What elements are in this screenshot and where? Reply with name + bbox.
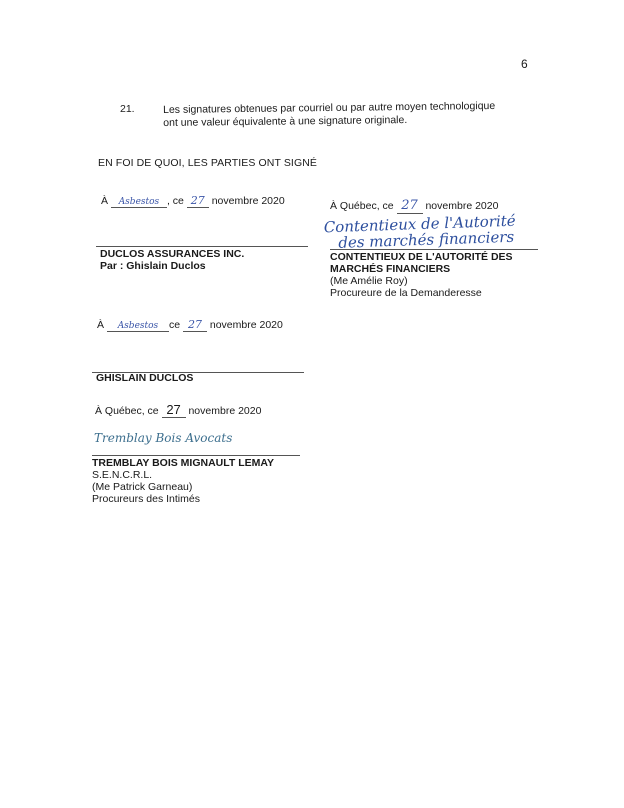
signature-4-handwriting: Tremblay Bois Avocats <box>94 431 232 445</box>
page-number: 6 <box>521 57 528 71</box>
signature-2-line <box>330 249 538 250</box>
signature-1-day: 27 <box>187 194 209 208</box>
signature-4-line <box>92 455 300 456</box>
signature-2-day: 27 <box>397 198 423 214</box>
clause-text: Les signatures obtenues par courriel ou … <box>163 100 503 130</box>
signature-1-place-date: À Asbestos, ce 27 novembre 2020 <box>101 194 285 208</box>
signature-4-party: TREMBLAY BOIS MIGNAULT LEMAY S.E.N.C.R.L… <box>92 457 274 505</box>
signature-1-line <box>96 246 308 247</box>
signature-1-place: Asbestos <box>111 197 167 208</box>
clause-number: 21. <box>120 103 135 115</box>
signature-2-place-date: À Québec, ce 27 novembre 2020 <box>330 198 498 214</box>
signature-3-place-date: À Asbestosce 27 novembre 2020 <box>97 318 283 332</box>
signature-2-handwriting: Contentieux de l'Autorité des marchés fi… <box>324 213 517 252</box>
signature-2-party: CONTENTIEUX DE L'AUTORITÉ DES MARCHÉS FI… <box>330 251 513 299</box>
signature-4-place-date: À Québec, ce 27 novembre 2020 <box>95 402 261 418</box>
signature-3-party: GHISLAIN DUCLOS <box>96 372 193 384</box>
signature-4-day: 27 <box>162 402 186 418</box>
signature-3-day: 27 <box>183 318 207 332</box>
closing-heading: EN FOI DE QUOI, LES PARTIES ONT SIGNÉ <box>98 157 317 169</box>
signature-3-place: Asbestos <box>107 321 169 332</box>
signature-1-party: DUCLOS ASSURANCES INC. Par : Ghislain Du… <box>100 248 244 272</box>
